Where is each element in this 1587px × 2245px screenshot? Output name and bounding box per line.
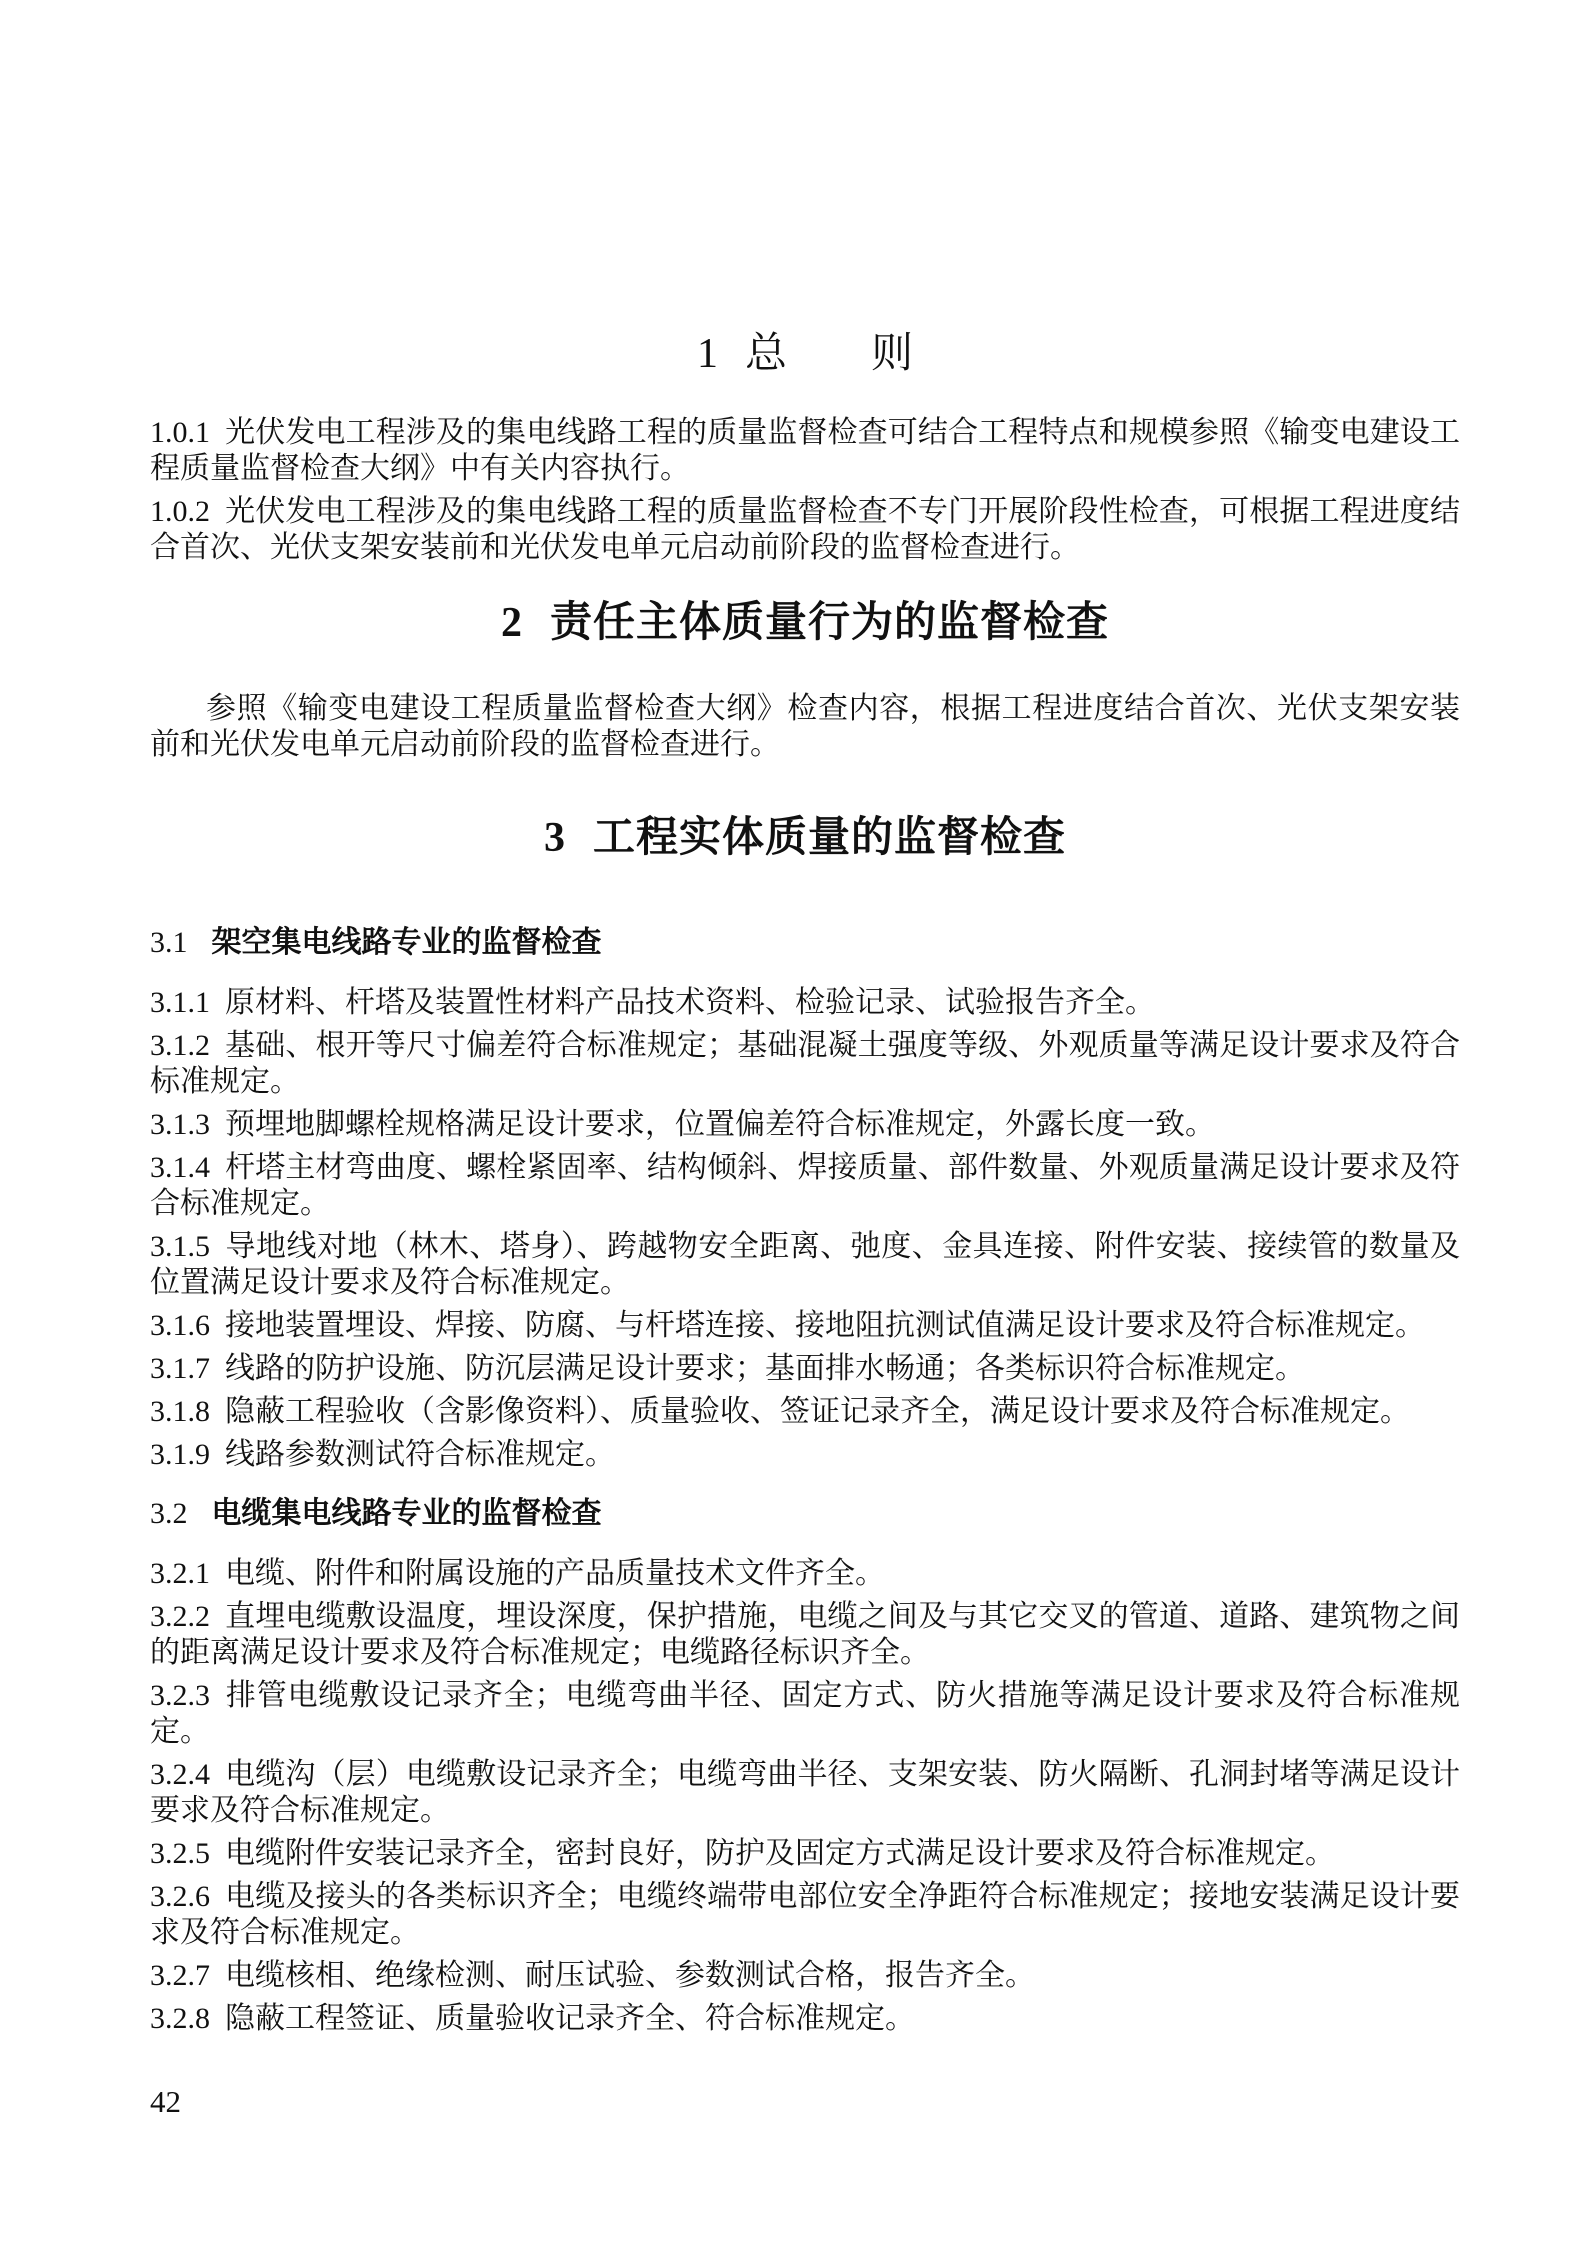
section-3-1-heading: 3.1架空集电线路专业的监督检查 — [150, 925, 1460, 961]
chapter-2-heading: 2责任主体质量行为的监督检查 — [150, 596, 1460, 649]
clause-3-1-7: 3.1.7线路的防护设施、防沉层满足设计要求；基面排水畅通；各类标识符合标准规定… — [150, 1351, 1460, 1387]
chapter-1-title: 总 则 — [745, 331, 913, 377]
chapter-1-heading: 1总 则 — [150, 328, 1460, 380]
chapter-3-title: 工程实体质量的监督检查 — [593, 813, 1066, 860]
clause-3-1-2: 3.1.2基础、根开等尺寸偏差符合标准规定；基础混凝土强度等级、外观质量等满足设… — [150, 1028, 1460, 1100]
clause-3-1-3: 3.1.3预埋地脚螺栓规格满足设计要求，位置偏差符合标准规定，外露长度一致。 — [150, 1107, 1460, 1143]
clause-3-1-4: 3.1.4杆塔主材弯曲度、螺栓紧固率、结构倾斜、焊接质量、部件数量、外观质量满足… — [150, 1150, 1460, 1222]
clause-text: 导地线对地（林木、塔身）、跨越物安全距离、弛度、金具连接、附件安装、接续管的数量… — [150, 1230, 1460, 1299]
clause-text: 基础、根开等尺寸偏差符合标准规定；基础混凝土强度等级、外观质量等满足设计要求及符… — [150, 1029, 1460, 1098]
clause-3-2-6: 3.2.6电缆及接头的各类标识齐全；电缆终端带电部位安全净距符合标准规定；接地安… — [150, 1879, 1460, 1951]
clause-number: 3.1.2 — [150, 1029, 210, 1062]
chapter-2-title: 责任主体质量行为的监督检查 — [550, 598, 1109, 645]
clause-3-1-8: 3.1.8隐蔽工程验收（含影像资料）、质量验收、签证记录齐全，满足设计要求及符合… — [150, 1394, 1460, 1430]
clause-number: 3.2.5 — [150, 1837, 210, 1870]
clause-number: 3.1.5 — [150, 1230, 210, 1263]
clause-1-0-1: 1.0.1光伏发电工程涉及的集电线路工程的质量监督检查可结合工程特点和规模参照《… — [150, 415, 1460, 487]
clause-number: 3.1.1 — [150, 986, 210, 1019]
chapter-3-number: 3 — [544, 815, 566, 861]
clause-3-1-5: 3.1.5导地线对地（林木、塔身）、跨越物安全距离、弛度、金具连接、附件安装、接… — [150, 1229, 1460, 1301]
clause-text: 隐蔽工程验收（含影像资料）、质量验收、签证记录齐全，满足设计要求及符合标准规定。 — [225, 1395, 1410, 1428]
page-number: 42 — [150, 2084, 181, 2120]
clause-number: 3.1.7 — [150, 1352, 210, 1385]
section-3-1-number: 3.1 — [150, 926, 188, 959]
document-page: 1总 则 1.0.1光伏发电工程涉及的集电线路工程的质量监督检查可结合工程特点和… — [0, 0, 1587, 2245]
chapter-2-paragraph: 参照《输变电建设工程质量监督检查大纲》检查内容，根据工程进度结合首次、光伏支架安… — [150, 691, 1460, 763]
clause-text: 电缆、附件和附属设施的产品质量技术文件齐全。 — [225, 1557, 885, 1590]
section-3-1-title: 架空集电线路专业的监督检查 — [212, 926, 602, 959]
clause-number: 3.2.1 — [150, 1557, 210, 1590]
clause-number: 3.1.8 — [150, 1395, 210, 1428]
clause-number: 3.2.4 — [150, 1758, 210, 1791]
clause-text: 线路参数测试符合标准规定。 — [225, 1438, 615, 1471]
clause-text: 电缆核相、绝缘检测、耐压试验、参数测试合格，报告齐全。 — [225, 1959, 1035, 1992]
clause-text: 接地装置埋设、焊接、防腐、与杆塔连接、接地阻抗测试值满足设计要求及符合标准规定。 — [225, 1309, 1425, 1342]
clause-number: 3.1.9 — [150, 1438, 210, 1471]
clause-text: 光伏发电工程涉及的集电线路工程的质量监督检查可结合工程特点和规模参照《输变电建设… — [150, 416, 1460, 485]
clause-3-1-9: 3.1.9线路参数测试符合标准规定。 — [150, 1437, 1460, 1473]
clause-3-2-4: 3.2.4电缆沟（层）电缆敷设记录齐全；电缆弯曲半径、支架安装、防火隔断、孔洞封… — [150, 1757, 1460, 1829]
clause-number: 3.1.4 — [150, 1151, 210, 1184]
clause-1-0-2: 1.0.2光伏发电工程涉及的集电线路工程的质量监督检查不专门开展阶段性检查，可根… — [150, 494, 1460, 566]
clause-3-2-8: 3.2.8隐蔽工程签证、质量验收记录齐全、符合标准规定。 — [150, 2001, 1460, 2037]
clause-number: 3.2.2 — [150, 1600, 210, 1633]
clause-number: 3.2.7 — [150, 1959, 210, 1992]
clause-text: 电缆及接头的各类标识齐全；电缆终端带电部位安全净距符合标准规定；接地安装满足设计… — [150, 1880, 1460, 1949]
chapter-3-heading: 3工程实体质量的监督检查 — [150, 811, 1460, 864]
clause-3-2-3: 3.2.3排管电缆敷设记录齐全；电缆弯曲半径、固定方式、防火措施等满足设计要求及… — [150, 1678, 1460, 1750]
clause-number: 3.1.6 — [150, 1309, 210, 1342]
section-3-2-title: 电缆集电线路专业的监督检查 — [212, 1497, 602, 1530]
clause-number: 1.0.1 — [150, 416, 210, 449]
section-3-2-heading: 3.2电缆集电线路专业的监督检查 — [150, 1496, 1460, 1532]
clause-3-2-1: 3.2.1电缆、附件和附属设施的产品质量技术文件齐全。 — [150, 1556, 1460, 1592]
clause-number: 3.2.3 — [150, 1679, 210, 1712]
section-3-2-number: 3.2 — [150, 1497, 188, 1530]
clause-text: 预埋地脚螺栓规格满足设计要求，位置偏差符合标准规定，外露长度一致。 — [225, 1108, 1215, 1141]
chapter-2-number: 2 — [501, 600, 523, 646]
clause-3-2-2: 3.2.2直埋电缆敷设温度，埋设深度，保护措施，电缆之间及与其它交叉的管道、道路… — [150, 1599, 1460, 1671]
clause-text: 原材料、杆塔及装置性材料产品技术资料、检验记录、试验报告齐全。 — [225, 986, 1155, 1019]
clause-text: 线路的防护设施、防沉层满足设计要求；基面排水畅通；各类标识符合标准规定。 — [225, 1352, 1305, 1385]
clause-text: 电缆沟（层）电缆敷设记录齐全；电缆弯曲半径、支架安装、防火隔断、孔洞封堵等满足设… — [150, 1758, 1460, 1827]
clause-number: 3.2.8 — [150, 2002, 210, 2035]
clause-text: 排管电缆敷设记录齐全；电缆弯曲半径、固定方式、防火措施等满足设计要求及符合标准规… — [150, 1679, 1460, 1748]
clause-3-1-1: 3.1.1原材料、杆塔及装置性材料产品技术资料、检验记录、试验报告齐全。 — [150, 985, 1460, 1021]
clause-number: 3.1.3 — [150, 1108, 210, 1141]
clause-text: 电缆附件安装记录齐全，密封良好，防护及固定方式满足设计要求及符合标准规定。 — [225, 1837, 1335, 1870]
clause-number: 3.2.6 — [150, 1880, 210, 1913]
clause-text: 杆塔主材弯曲度、螺栓紧固率、结构倾斜、焊接质量、部件数量、外观质量满足设计要求及… — [150, 1151, 1460, 1220]
clause-text: 直埋电缆敷设温度，埋设深度，保护措施，电缆之间及与其它交叉的管道、道路、建筑物之… — [150, 1600, 1460, 1669]
document-content: 1总 则 1.0.1光伏发电工程涉及的集电线路工程的质量监督检查可结合工程特点和… — [150, 0, 1460, 2044]
clause-text: 光伏发电工程涉及的集电线路工程的质量监督检查不专门开展阶段性检查，可根据工程进度… — [150, 495, 1460, 564]
clause-3-1-6: 3.1.6接地装置埋设、焊接、防腐、与杆塔连接、接地阻抗测试值满足设计要求及符合… — [150, 1308, 1460, 1344]
clause-text: 隐蔽工程签证、质量验收记录齐全、符合标准规定。 — [225, 2002, 915, 2035]
chapter-1-number: 1 — [697, 331, 718, 377]
clause-number: 1.0.2 — [150, 495, 210, 528]
clause-3-2-7: 3.2.7电缆核相、绝缘检测、耐压试验、参数测试合格，报告齐全。 — [150, 1958, 1460, 1994]
clause-3-2-5: 3.2.5电缆附件安装记录齐全，密封良好，防护及固定方式满足设计要求及符合标准规… — [150, 1836, 1460, 1872]
